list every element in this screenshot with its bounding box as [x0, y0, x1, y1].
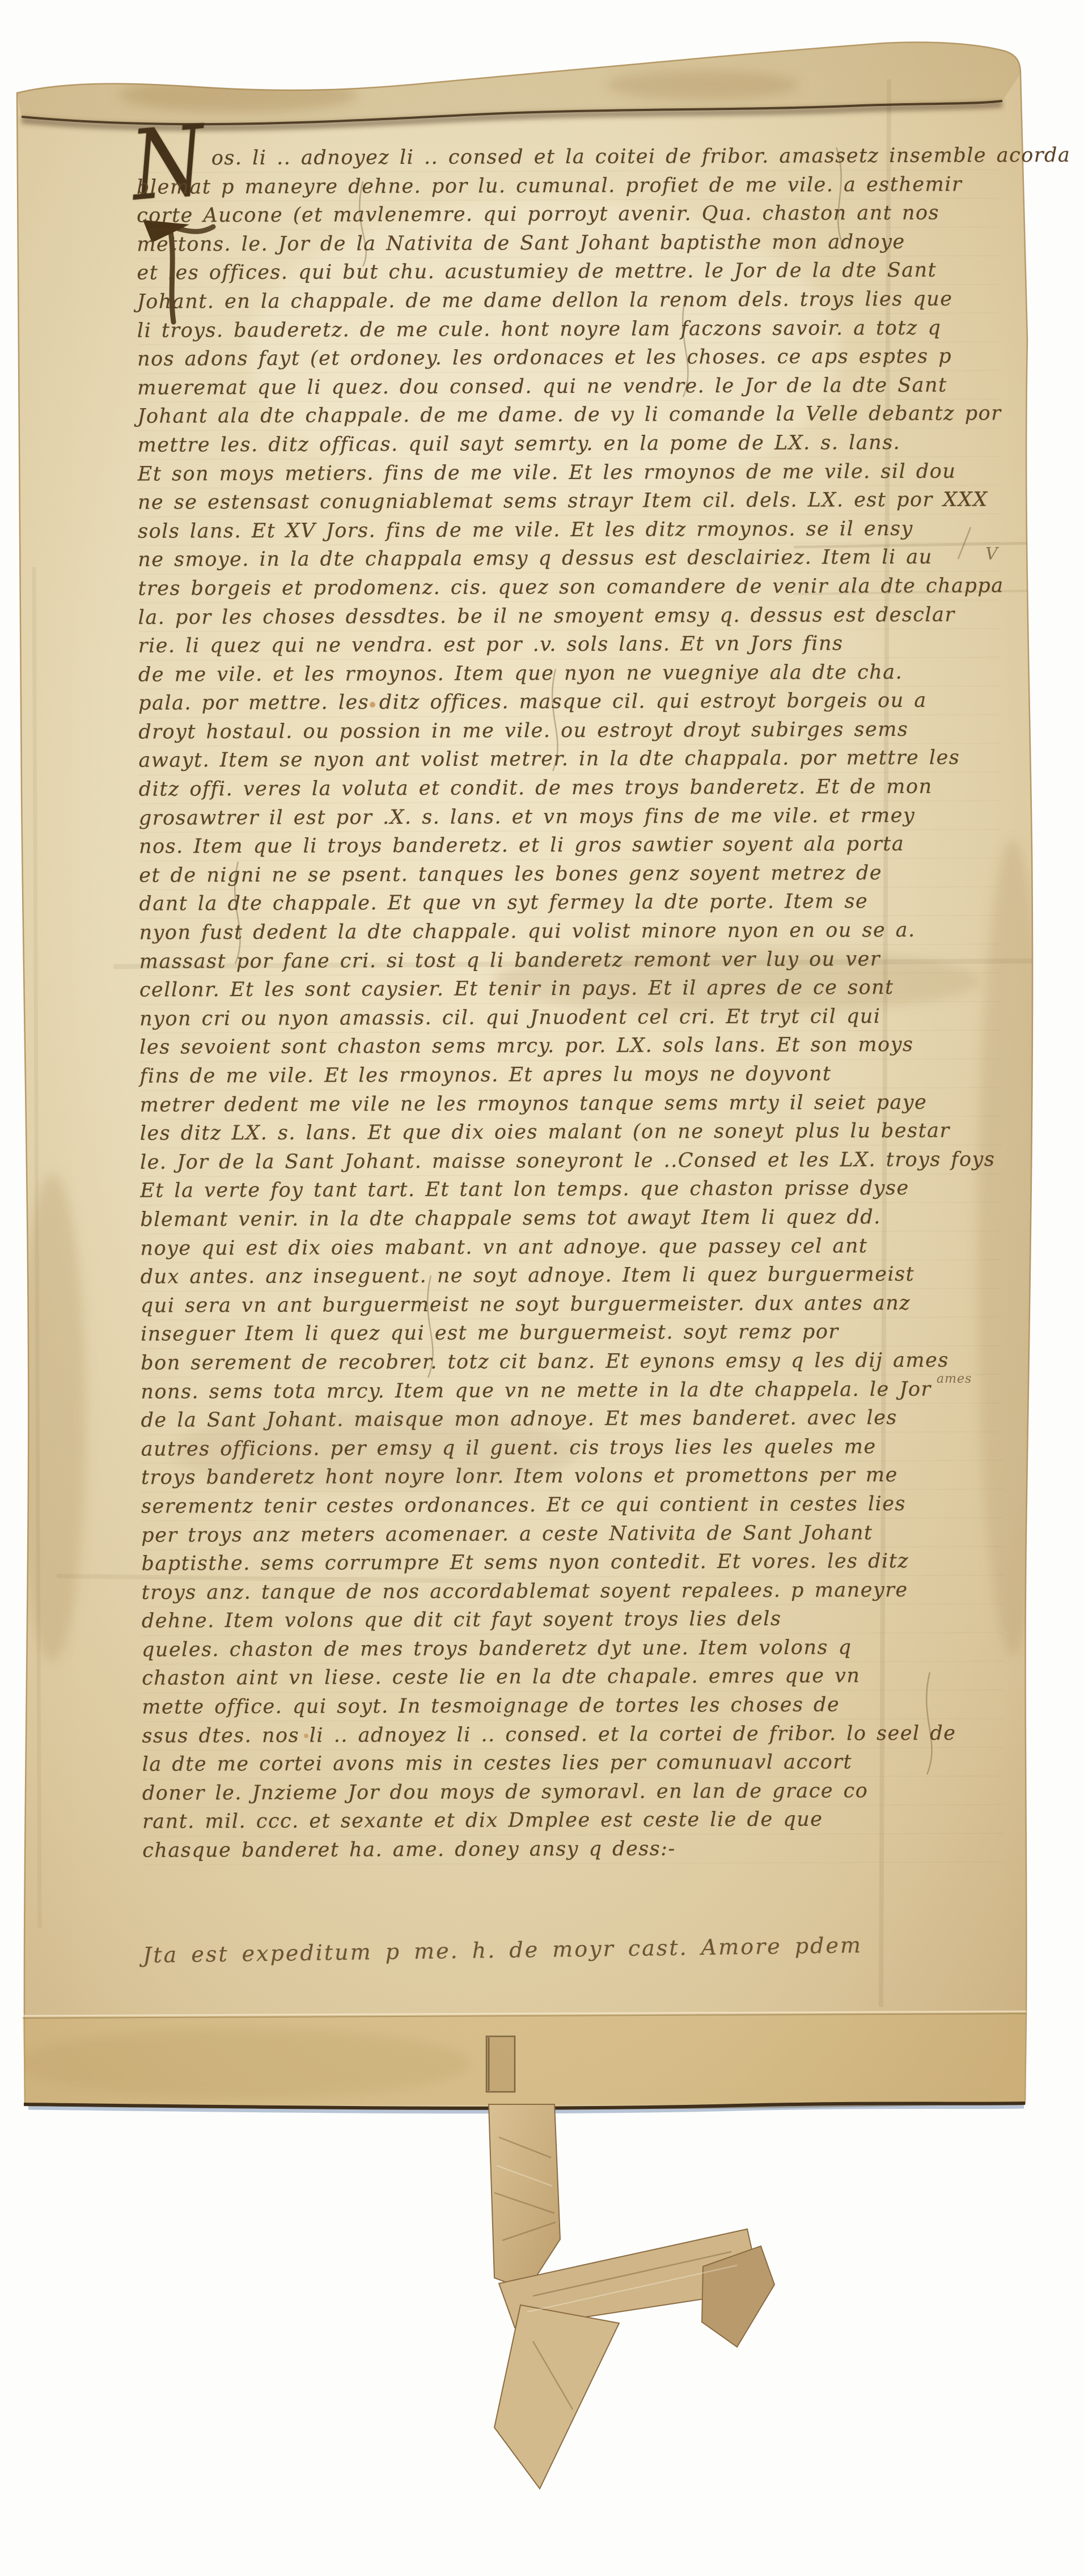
- manuscript-line: de me vile. et les rmoynos. Item que nyo…: [138, 658, 1000, 689]
- manuscript-line: chasque banderet ha. ame. doney ansy q d…: [142, 1833, 1004, 1865]
- manuscript-line: serementz tenir cestes ordonances. Et ce…: [141, 1489, 1003, 1521]
- manuscript-line: blemat p maneyre dehne. por lu. cumunal.…: [137, 170, 998, 202]
- manuscript-line: ssus dtes. nos li .. adnoyez li .. conse…: [142, 1719, 1003, 1751]
- manuscript-line: le. Jor de la Sant Johant. maisse soneyr…: [140, 1145, 1002, 1177]
- manuscript-line: et de nigni ne se psent. tanques les bon…: [139, 858, 1001, 890]
- manuscript-line: de la Sant Johant. maisque mon adnoye. E…: [141, 1403, 1002, 1435]
- manuscript-line: massast por fane cri. si tost q li bande…: [139, 944, 1001, 976]
- manuscript-line: droyt hostaul. ou possion in me vile. ou…: [138, 715, 1000, 747]
- manuscript-line: mette office. qui soyt. In tesmoignage d…: [142, 1690, 1003, 1722]
- manuscript-line: blemant venir. in la dte chappale sems t…: [140, 1202, 1002, 1234]
- manuscript-line: autres officions. per emsy q il guent. c…: [141, 1432, 1003, 1464]
- manuscript-line: rant. mil. ccc. et sexante et dix Dmplee…: [142, 1805, 1004, 1837]
- manuscript-line: noye qui est dix oies mabant. vn ant adn…: [140, 1231, 1002, 1263]
- manuscript-line: inseguer Item li quez qui est me burguer…: [141, 1317, 1002, 1349]
- manuscript-line: nyon fust dedent la dte chappale. qui vo…: [139, 916, 1001, 947]
- text-block: os. li .. adnoyez li .. consed et la coi…: [137, 141, 1005, 1865]
- manuscript-line: baptisthe. sems corrumpre Et sems nyon c…: [141, 1547, 1003, 1578]
- manuscript-line: ne smoye. in la dte chappala emsy q dess…: [138, 543, 1000, 575]
- manuscript-line: la. por les choses dessdtes. be il ne sm…: [138, 600, 1000, 632]
- manuscript-line: chaston aint vn liese. ceste lie en la d…: [142, 1662, 1003, 1693]
- manuscript-line: queles. chaston de mes troys banderetz d…: [142, 1633, 1003, 1664]
- manuscript-line: ne se estensast conugniablemat sems stra…: [138, 485, 1000, 517]
- manuscript-line: troys anz. tanque de nos accordablemat s…: [142, 1575, 1003, 1607]
- manuscript-line: Et la verte foy tant tart. Et tant lon t…: [140, 1174, 1002, 1206]
- manuscript-line: doner le. Jnzieme Jor dou moys de symora…: [142, 1776, 1004, 1808]
- manuscript-line: mueremat que li quez. dou consed. qui ne…: [137, 371, 999, 402]
- manuscript-line: et les offices. qui but chu. acustumiey …: [137, 256, 998, 288]
- manuscript-line: per troys anz meters acomenaer. a ceste …: [141, 1518, 1003, 1550]
- manuscript-line: awayt. Item se nyon ant volist metrer. i…: [138, 744, 1000, 776]
- manuscript-line: sols lans. Et XV Jors. fins de me vile. …: [138, 514, 1000, 546]
- manuscript-line: mettons. le. Jor de la Nativita de Sant …: [137, 227, 998, 259]
- manuscript-line: troys banderetz hont noyre lonr. Item vo…: [141, 1461, 1003, 1493]
- seal-slit: [486, 2036, 515, 2092]
- manuscript-line: qui sera vn ant burguermeist ne soyt bur…: [141, 1289, 1002, 1320]
- manuscript-line: dehne. Item volons que dit cit fayt soye…: [142, 1604, 1003, 1636]
- manuscript-line: os. li .. adnoyez li .. consed et la coi…: [137, 141, 998, 173]
- manuscript-line: bon serement de recobrer. totz cit banz.…: [141, 1346, 1002, 1378]
- manuscript-line: nyon cri ou nyon amassis. cil. qui Jnuod…: [139, 1002, 1001, 1033]
- manuscript-line: ditz offi. veres la voluta et condit. de…: [139, 772, 1001, 804]
- manuscript-line: rie. li quez qui ne vendra. est por .v. …: [138, 629, 1000, 660]
- manuscript-line: cellonr. Et les sont caysier. Et tenir i…: [139, 973, 1001, 1005]
- manuscript-line: mettre les. ditz officas. quil sayt semr…: [137, 428, 999, 460]
- manuscript-scan: N os. li .. adnoyez li .. consed et la c…: [0, 0, 1084, 2576]
- manuscript-line: corte Aucone (et mavlenemre. qui porroyt…: [137, 199, 998, 231]
- manuscript-line: Johant ala dte chappale. de me dame. de …: [137, 400, 999, 431]
- interlinear-note: ames: [937, 1372, 972, 1386]
- plica-fold: [23, 2011, 1026, 2105]
- manuscript-line: les ditz LX. s. lans. Et que dix oies ma…: [140, 1117, 1002, 1149]
- manuscript-line: la dte me cortei avons mis in cestes lie…: [142, 1748, 1004, 1780]
- manuscript-line: tres borgeis et prodomenz. cis. quez son…: [138, 571, 1000, 603]
- manuscript-line: dux antes. anz inseguent. ne soyt adnoye…: [141, 1260, 1002, 1292]
- manuscript-line: Johant. en la chappale. de me dame dello…: [137, 285, 999, 316]
- manuscript-line: metrer dedent me vile ne les rmoynos tan…: [140, 1088, 1002, 1120]
- manuscript-line: pala. por mettre. les ditz offices. masq…: [138, 687, 1000, 718]
- manuscript-line: grosawtrer il est por .X. s. lans. et vn…: [139, 801, 1001, 833]
- manuscript-line: dant la dte chappale. Et que vn syt ferm…: [139, 887, 1001, 919]
- manuscript-line: les sevoient sont chaston sems mrcy. por…: [139, 1031, 1001, 1062]
- manuscript-line: nons. sems tota mrcy. Item que vn ne met…: [141, 1375, 1002, 1406]
- manuscript-line: fins de me vile. Et les rmoynos. Et apre…: [139, 1059, 1001, 1091]
- margin-note: V: [985, 544, 998, 564]
- manuscript-line: li troys. bauderetz. de me cule. hont no…: [137, 313, 999, 345]
- manuscript-line: nos. Item que li troys banderetz. et li …: [139, 830, 1001, 862]
- seal-tag-ribbon: [489, 2104, 774, 2489]
- manuscript-line: nos adons fayt (et ordoney. les ordonace…: [137, 342, 999, 374]
- manuscript-line: Et son moys metiers. fins de me vile. Et…: [138, 457, 1000, 489]
